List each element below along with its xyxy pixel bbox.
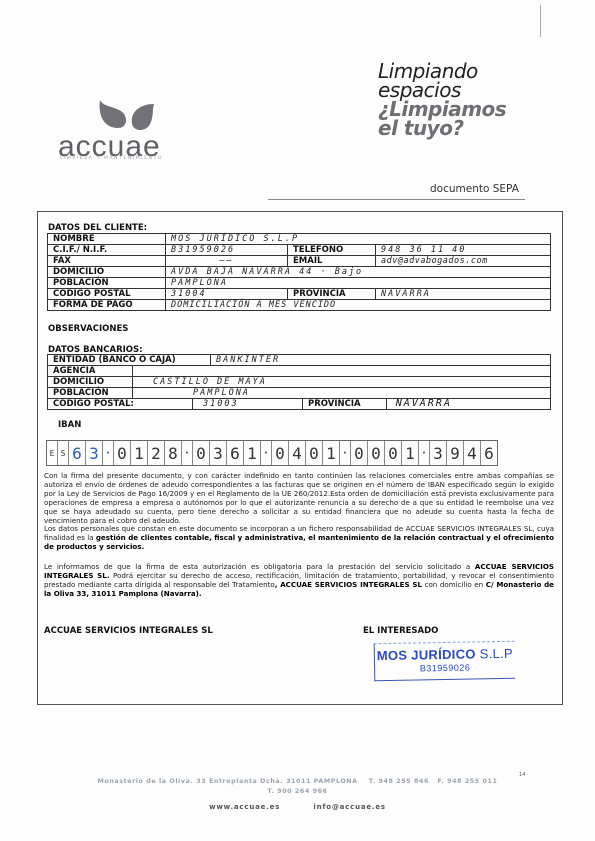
iban-separator: · (419, 441, 430, 465)
iban-digit: 1 (244, 441, 261, 465)
footer-email-link[interactable]: info@accuae.es (313, 803, 386, 811)
accuae-leaf-logo-icon (96, 98, 160, 134)
iban-digit: 4 (464, 441, 481, 465)
iban-check-digit: 3 (86, 441, 103, 465)
value-poblacion[interactable]: PAMPLONA (166, 278, 551, 289)
legal-text-3d: , ACCUAE SERVICIOS INTEGRALES SL (275, 580, 422, 589)
label-codigo-postal: CODIGO POSTAL (48, 289, 166, 300)
iban-digit: 1 (402, 441, 419, 465)
document-type: documento SEPA (430, 183, 519, 195)
slogan-line-4: el tuyo? (378, 119, 506, 138)
logo-subtitle: LIMPIEZA Y MANTENIMIENTO (60, 156, 163, 161)
iban-digit: 6 (481, 441, 497, 465)
row-bank-poblacion: POBLACIÓN PAMPLONA (48, 388, 551, 399)
value-bank-codigo-postal[interactable]: 31003 (193, 399, 303, 410)
label-provincia: PROVINCIA (288, 289, 376, 300)
iban-title: IBAN (58, 420, 81, 430)
legal-paragraph-1: Con la firma del presente documento, y c… (44, 472, 554, 552)
iban-field[interactable]: ES63·0128·0361·0401·0001·3946 (46, 440, 498, 466)
label-entidad: ENTIDAD (BANCO O CAJA) (48, 355, 211, 366)
footer-address: Monasterio de la Oliva. 33 Entreplanta D… (0, 777, 595, 797)
row-bank-codigo-postal: CODIGO POSTAL: 31003 PROVINCIA NAVARRA (48, 399, 551, 410)
iban-separator: · (182, 441, 193, 465)
iban-digit: 8 (165, 441, 182, 465)
iban-digit: 4 (289, 441, 306, 465)
value-bank-provincia[interactable]: NAVARRA (390, 398, 452, 409)
iban-country-char: S (58, 441, 69, 465)
footer-website-link[interactable]: www.accuae.es (209, 803, 280, 811)
signature-company-label: ACCUAE SERVICIOS INTEGRALES SL (44, 626, 213, 636)
value-email[interactable]: adv@advabogados.com (376, 256, 551, 267)
bank-table: ENTIDAD (BANCO O CAJA) BANKINTER AGENCIA… (47, 354, 551, 410)
value-agencia[interactable] (133, 366, 551, 377)
iban-separator: · (340, 441, 351, 465)
label-bank-domicilio: DOMICILIO (48, 377, 133, 388)
observaciones-title: OBSERVACIONES (48, 324, 128, 334)
stamp-cif: B31959026 (375, 662, 515, 674)
iban-digit: 1 (323, 441, 340, 465)
iban-country-char: E (47, 441, 58, 465)
row-bank-domicilio: DOMICILIO CASTILLO DE MAYA (48, 377, 551, 388)
stamp-suffix: S.L.P (480, 646, 514, 662)
divider (268, 199, 525, 200)
value-cif[interactable]: B31959026 (166, 245, 288, 256)
legal-paragraph-2: Le informamos de que la firma de esta au… (44, 563, 554, 599)
row-forma-pago: FORMA DE PAGO DOMICILIACIÓN A MES VENCID… (48, 300, 551, 311)
value-nombre[interactable]: MOS JURÍDICO S.L.P (166, 234, 551, 245)
iban-digit: 0 (368, 441, 385, 465)
footer-phone: T. 900 264 966 (0, 787, 595, 797)
footer-links: www.accuae.es info@accuae.es (0, 803, 595, 811)
scan-mark (540, 5, 541, 37)
iban-separator: · (261, 441, 272, 465)
label-forma-pago: FORMA DE PAGO (48, 300, 166, 311)
value-codigo-postal[interactable]: 31004 (166, 289, 288, 300)
label-poblacion: POBLACIÓN (48, 278, 166, 289)
value-provincia[interactable]: NAVARRA (376, 289, 551, 300)
value-forma-pago[interactable]: DOMICILIACIÓN A MES VENCIDO (166, 300, 551, 311)
legal-text-3e: con domicilio en (422, 580, 486, 589)
signature-client-label: EL INTERESADO (363, 626, 438, 636)
value-telefono[interactable]: 948 36 11 40 (376, 245, 551, 256)
client-table: NOMBRE MOS JURÍDICO S.L.P C.I.F./ N.I.F.… (47, 233, 551, 311)
value-fax[interactable]: —— (166, 256, 288, 267)
iban-digit: 0 (306, 441, 323, 465)
bank-provincia-cell: PROVINCIA NAVARRA (303, 399, 551, 410)
row-entidad: ENTIDAD (BANCO O CAJA) BANKINTER (48, 355, 551, 366)
label-telefono: TELEFONO (288, 245, 376, 256)
iban-digit: 9 (447, 441, 464, 465)
iban-digit: 3 (210, 441, 227, 465)
value-domicilio[interactable]: AVDA BAJA NAVARRA 44 · Bajo (166, 267, 551, 278)
iban-digit: 0 (272, 441, 289, 465)
iban-digit: 6 (227, 441, 244, 465)
label-bank-codigo-postal: CODIGO POSTAL: (48, 399, 193, 410)
label-domicilio: DOMICILIO (48, 267, 166, 278)
iban-digit: 3 (430, 441, 447, 465)
client-section-title: DATOS DEL CLIENTE: (48, 223, 147, 233)
iban-digit: 0 (385, 441, 402, 465)
stamp-name: MOS JURÍDICO S.L.P (375, 646, 515, 663)
label-bank-poblacion: POBLACIÓN (48, 388, 133, 399)
row-fax: FAX —— EMAIL adv@advabogados.com (48, 256, 551, 267)
row-poblacion: POBLACIÓN PAMPLONA (48, 278, 551, 289)
label-bank-provincia: PROVINCIA (303, 399, 387, 409)
slogan: Limpiando espacios ¿Limpiamos el tuyo? (378, 62, 506, 138)
label-fax: FAX (48, 256, 166, 267)
iban-check-digit: 6 (69, 441, 86, 465)
label-nombre: NOMBRE (48, 234, 166, 245)
client-stamp: MOS JURÍDICO S.L.P B31959026 (374, 641, 516, 681)
value-bank-domicilio[interactable]: CASTILLO DE MAYA (133, 377, 551, 388)
iban-digit: 2 (148, 441, 165, 465)
row-nombre: NOMBRE MOS JURÍDICO S.L.P (48, 234, 551, 245)
iban-separator: · (103, 441, 114, 465)
row-agencia: AGENCIA (48, 366, 551, 377)
row-codigo-postal: CODIGO POSTAL 31004 PROVINCIA NAVARRA (48, 289, 551, 300)
footer-address-line: Monasterio de la Oliva. 33 Entreplanta D… (0, 777, 595, 787)
row-cif: C.I.F./ N.I.F. B31959026 TELEFONO 948 36… (48, 245, 551, 256)
legal-text-1: Con la firma del presente documento, y c… (44, 471, 554, 525)
iban-digit: 1 (131, 441, 148, 465)
legal-text-3a: Le informamos de que la firma de esta au… (44, 562, 475, 571)
iban-digit: 0 (351, 441, 368, 465)
iban-digit: 0 (193, 441, 210, 465)
value-bank-poblacion[interactable]: PAMPLONA (133, 388, 551, 399)
iban-digit: 0 (114, 441, 131, 465)
legal-text-2b: gestión de clientes contable, fiscal y a… (44, 533, 554, 551)
label-cif: C.I.F./ N.I.F. (48, 245, 166, 256)
label-email: EMAIL (288, 256, 376, 267)
value-entidad[interactable]: BANKINTER (211, 355, 551, 366)
label-agencia: AGENCIA (48, 366, 133, 377)
row-domicilio: DOMICILIO AVDA BAJA NAVARRA 44 · Bajo (48, 267, 551, 278)
